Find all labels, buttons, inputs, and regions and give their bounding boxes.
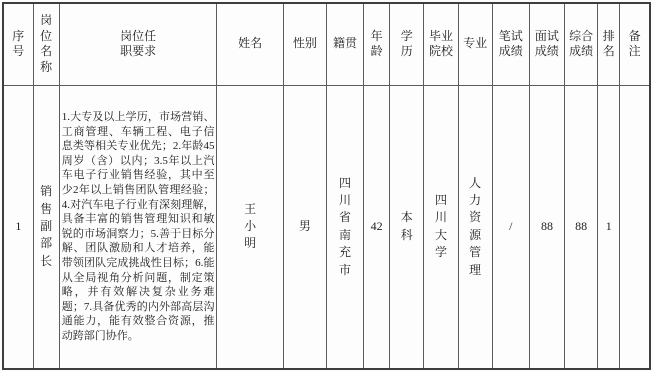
recruitment-results-table: 序 号 岗位 名称 岗位任 职要求 姓名 性别 籍贯 年 龄 学 历 毕业 院校…: [2, 2, 651, 370]
col-header-remarks: 备 注: [620, 3, 650, 85]
col-header-position-name-label: 岗位 名称: [36, 13, 57, 75]
col-header-rank-label: 排 名: [603, 29, 615, 60]
serial-number-value: 1: [15, 219, 21, 233]
cell-position-name: 销售副部长: [33, 85, 59, 369]
rank-value: 1: [606, 219, 612, 233]
interview-score-value: 88: [541, 219, 553, 233]
gender-value: 男: [299, 218, 312, 235]
col-header-remarks-label: 备 注: [629, 29, 641, 60]
col-header-written-score: 笔试 成绩: [492, 3, 529, 85]
cell-education: 本科: [390, 85, 424, 369]
col-header-graduate-school-label: 毕业 院校: [429, 29, 453, 60]
cell-overall-score: 88: [565, 85, 598, 369]
cell-rank: 1: [598, 85, 620, 369]
col-header-native-place: 籍贯: [326, 3, 363, 85]
col-header-serial-number: 序 号: [3, 3, 33, 85]
col-header-graduate-school: 毕业 院校: [424, 3, 458, 85]
cell-serial-number: 1: [3, 85, 33, 369]
col-header-job-requirements: 岗位任 职要求: [59, 3, 217, 85]
education-value: 本科: [401, 209, 414, 244]
col-header-written-score-label: 笔试 成绩: [499, 29, 523, 60]
cell-gender: 男: [283, 85, 326, 369]
col-header-age-label: 年 龄: [371, 29, 383, 60]
written-score-value: /: [509, 219, 512, 233]
native-place-value: 四川省南充市: [339, 175, 352, 279]
major-value: 人力资源管理: [469, 175, 482, 279]
cell-age: 42: [364, 85, 390, 369]
col-header-gender-label: 性别: [293, 36, 317, 52]
col-header-gender: 性别: [283, 3, 326, 85]
col-header-overall-score-label: 综合 成绩: [569, 29, 593, 60]
cell-name: 王小明: [217, 85, 283, 369]
cell-major: 人力资源管理: [458, 85, 492, 369]
cell-native-place: 四川省南充市: [326, 85, 363, 369]
table-header-row: 序 号 岗位 名称 岗位任 职要求 姓名 性别 籍贯 年 龄 学 历 毕业 院校…: [3, 3, 650, 85]
graduate-school-value: 四川大学: [435, 192, 448, 262]
cell-remarks: [620, 85, 650, 369]
age-value: 42: [371, 219, 383, 233]
col-header-age: 年 龄: [364, 3, 390, 85]
cell-job-requirements: 1.大专及以上学历，市场营销、工商管理、车辆工程、电子信息类等相关专业优先；2.…: [59, 85, 217, 369]
job-requirements-value: 1.大专及以上学历，市场营销、工商管理、车辆工程、电子信息类等相关专业优先；2.…: [62, 110, 215, 344]
cell-graduate-school: 四川大学: [424, 85, 458, 369]
table-row: 1 销售副部长 1.大专及以上学历，市场营销、工商管理、车辆工程、电子信息类等相…: [3, 85, 650, 369]
col-header-name-label: 姓名: [238, 36, 262, 52]
name-value: 王小明: [244, 201, 257, 253]
col-header-rank: 排 名: [598, 3, 620, 85]
cell-written-score: /: [492, 85, 529, 369]
col-header-native-place-label: 籍贯: [333, 36, 357, 52]
document-page: 序 号 岗位 名称 岗位任 职要求 姓名 性别 籍贯 年 龄 学 历 毕业 院校…: [0, 0, 654, 372]
col-header-job-requirements-label: 岗位任 职要求: [120, 29, 156, 60]
col-header-interview-score: 面试 成绩: [529, 3, 564, 85]
overall-score-value: 88: [575, 219, 587, 233]
col-header-major-label: 专业: [463, 36, 487, 52]
position-name-value: 销售副部长: [40, 183, 53, 270]
col-header-education-label: 学 历: [401, 29, 413, 60]
col-header-education: 学 历: [390, 3, 424, 85]
cell-interview-score: 88: [529, 85, 564, 369]
col-header-serial-number-label: 序 号: [12, 29, 24, 60]
col-header-overall-score: 综合 成绩: [565, 3, 598, 85]
col-header-major: 专业: [458, 3, 492, 85]
col-header-position-name: 岗位 名称: [33, 3, 59, 85]
col-header-interview-score-label: 面试 成绩: [535, 29, 559, 60]
col-header-name: 姓名: [217, 3, 283, 85]
